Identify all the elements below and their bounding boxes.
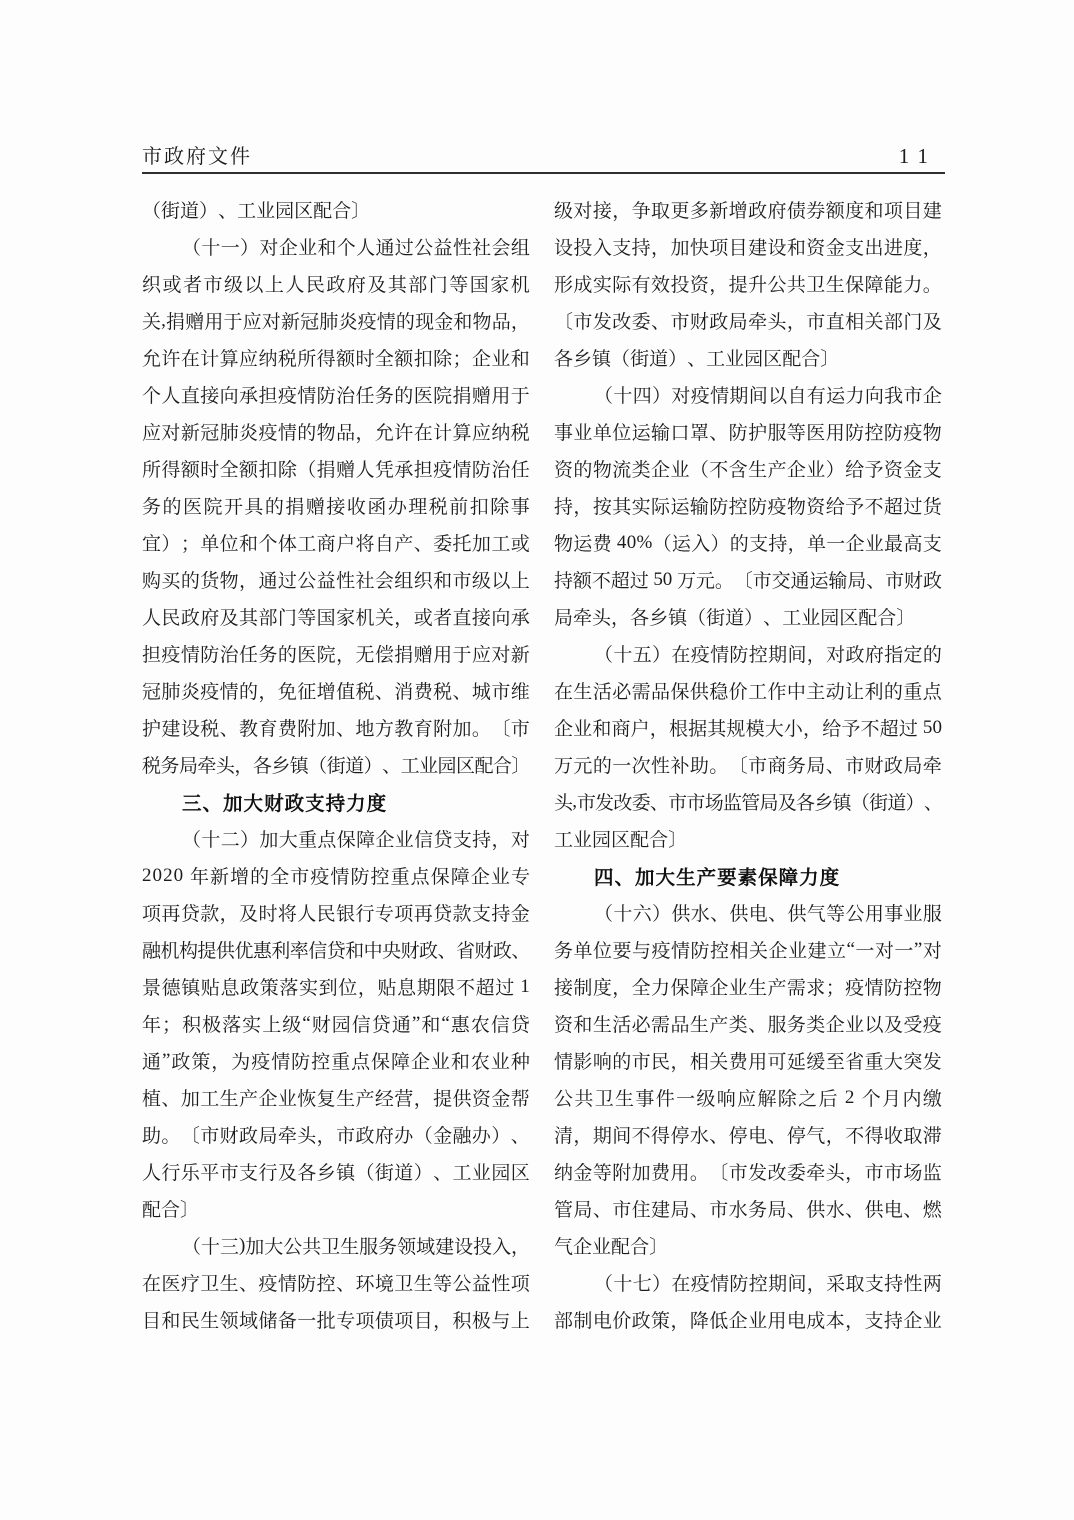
text-line: 在生活必需品保供稳价工作中主动让利的重点 [554,672,942,709]
text-line: 人行乐平市支行及各乡镇（街道）、工业园区 [142,1153,530,1190]
page-header: 市政府文件 11 [142,140,945,174]
text-line: 个人直接向承担疫情防治任务的医院捐赠用于 [142,376,530,413]
column-right: 级对接，争取更多新增政府债券额度和项目建设投入支持，加快项目建设和资金支出进度，… [554,191,942,1338]
text-line: （十七）在疫情防控期间，采取支持性两 [554,1264,942,1301]
text-line: 〔市发改委、市财政局牵头，市直相关部门及 [554,302,942,339]
text-line: 护建设税、教育费附加、地方教育附加。〔市 [142,709,530,746]
text-line: 人民政府及其部门等国家机关，或者直接向承 [142,598,530,635]
text-line: （十二）加大重点保障企业信贷支持，对 [142,820,530,857]
page-number: 11 [899,144,945,169]
text-line: （十三)加大公共卫生服务领域建设投入， [142,1227,530,1264]
content-columns: （街道）、工业园区配合〕（十一）对企业和个人通过公益性社会组织或者市级以上人民政… [142,191,942,1338]
text-line: （街道）、工业园区配合〕 [142,191,530,228]
text-line: 情影响的市民，相关费用可延缓至省重大突发 [554,1042,942,1079]
text-line: 通”政策，为疫情防控重点保障企业和农业种 [142,1042,530,1079]
text-line: 植、加工生产企业恢复生产经营，提供资金帮 [142,1079,530,1116]
text-line: 持额不超过 50 万元。〔市交通运输局、市财政 [554,561,942,598]
text-line: 工业园区配合〕 [554,820,942,857]
text-line: 公共卫生事件一级响应解除之后 2 个月内缴 [554,1079,942,1116]
text-line: 配合〕 [142,1190,530,1227]
text-line: 持，按其实际运输防控防疫物资给予不超过货 [554,487,942,524]
text-line: （十五）在疫情防控期间，对政府指定的 [554,635,942,672]
text-line: 担疫情防治任务的医院，无偿捐赠用于应对新 [142,635,530,672]
text-line: 目和民生领域储备一批专项债项目，积极与上 [142,1301,530,1338]
text-line: 头,市发改委、市市场监管局及各乡镇（街道）、 [554,783,942,820]
document-page: 市政府文件 11 （街道）、工业园区配合〕（十一）对企业和个人通过公益性社会组织… [0,0,1074,1520]
text-line: 企业和商户，根据其规模大小，给予不超过 50 [554,709,942,746]
text-line: 清，期间不得停水、停电、停气，不得收取滞 [554,1116,942,1153]
text-line: 2020 年新增的全市疫情防控重点保障企业专 [142,857,530,894]
text-line: 所得额时全额扣除（捐赠人凭承担疫情防治任 [142,450,530,487]
text-line: （十六）供水、供电、供气等公用事业服 [554,894,942,931]
section-heading: 三、加大财政支持力度 [142,783,530,820]
text-line: 形成实际有效投资，提升公共卫生保障能力。 [554,265,942,302]
text-line: （十一）对企业和个人通过公益性社会组 [142,228,530,265]
section-heading: 四、加大生产要素保障力度 [554,857,942,894]
text-line: 设投入支持，加快项目建设和资金支出进度， [554,228,942,265]
text-line: 项再贷款，及时将人民银行专项再贷款支持金 [142,894,530,931]
text-line: 物运费 40%（运入）的支持，单一企业最高支 [554,524,942,561]
text-line: 应对新冠肺炎疫情的物品，允许在计算应纳税 [142,413,530,450]
header-doc-type-label: 市政府文件 [142,140,252,169]
text-line: 景德镇贴息政策落实到位，贴息期限不超过 1 [142,968,530,1005]
text-line: 部制电价政策，降低企业用电成本，支持企业 [554,1301,942,1338]
text-line: 允许在计算应纳税所得额时全额扣除；企业和 [142,339,530,376]
text-line: 在医疗卫生、疫情防控、环境卫生等公益性项 [142,1264,530,1301]
text-line: 级对接，争取更多新增政府债券额度和项目建 [554,191,942,228]
text-line: 务的医院开具的捐赠接收函办理税前扣除事 [142,487,530,524]
text-line: 助。〔市财政局牵头，市政府办（金融办）、 [142,1116,530,1153]
text-line: 关,捐赠用于应对新冠肺炎疫情的现金和物品， [142,302,530,339]
text-line: 购买的货物，通过公益性社会组织和市级以上 [142,561,530,598]
text-line: 接制度，全力保障企业生产需求；疫情防控物 [554,968,942,1005]
text-line: （十四）对疫情期间以自有运力向我市企 [554,376,942,413]
column-left: （街道）、工业园区配合〕（十一）对企业和个人通过公益性社会组织或者市级以上人民政… [142,191,530,1338]
text-line: 务单位要与疫情防控相关企业建立“一对一”对 [554,931,942,968]
text-line: 纳金等附加费用。〔市发改委牵头，市市场监 [554,1153,942,1190]
text-line: 资的物流类企业（不含生产企业）给予资金支 [554,450,942,487]
text-line: 资和生活必需品生产类、服务类企业以及受疫 [554,1005,942,1042]
text-line: 万元的一次性补助。〔市商务局、市财政局牵 [554,746,942,783]
text-line: 各乡镇（街道）、工业园区配合〕 [554,339,942,376]
text-line: 气企业配合〕 [554,1227,942,1264]
text-line: 融机构提供优惠利率信贷和中央财政、省财政、 [142,931,530,968]
text-line: 税务局牵头，各乡镇（街道）、工业园区配合〕 [142,746,530,783]
text-line: 局牵头，各乡镇（街道）、工业园区配合〕 [554,598,942,635]
text-line: 管局、市住建局、市水务局、供水、供电、燃 [554,1190,942,1227]
text-line: 织或者市级以上人民政府及其部门等国家机 [142,265,530,302]
text-line: 年；积极落实上级“财园信贷通”和“惠农信贷 [142,1005,530,1042]
text-line: 冠肺炎疫情的，免征增值税、消费税、城市维 [142,672,530,709]
text-line: 事业单位运输口罩、防护服等医用防控防疫物 [554,413,942,450]
text-line: 宜）；单位和个体工商户将自产、委托加工或 [142,524,530,561]
